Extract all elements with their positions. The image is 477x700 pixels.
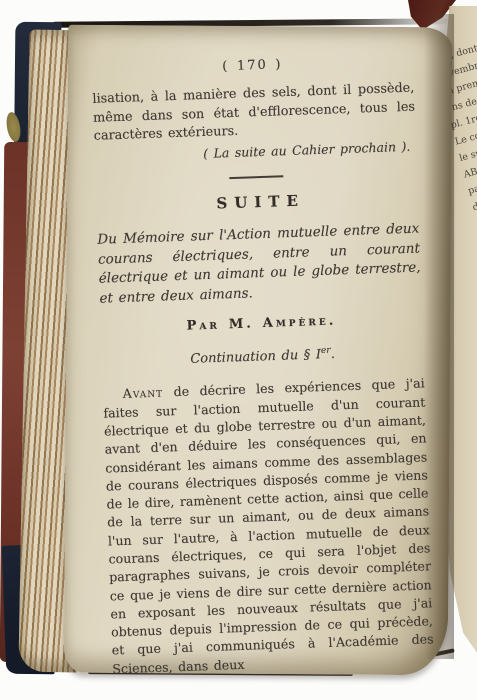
body-lead-word: Avant xyxy=(123,385,164,401)
section-heading: SUITE xyxy=(96,188,418,217)
body-paragraph: Avant de décrire les expériences que j'a… xyxy=(103,375,435,679)
memoir-subtitle: Du Mémoire sur l'Action mutuelle entre d… xyxy=(97,220,422,309)
continuation-text: Continuation du § I xyxy=(190,347,321,367)
paragraph-continuation: lisation, à la manière des sels, dont il… xyxy=(92,80,416,147)
page-text-block: ( 170 ) lisation, à la manière des sels,… xyxy=(91,53,434,679)
continuation-heading: Continuation du § Ier. xyxy=(101,342,423,370)
author-byline: Par M. Ampère. xyxy=(100,310,422,336)
continuation-superscript: er xyxy=(321,346,331,356)
page-number: ( 170 ) xyxy=(91,53,413,79)
continuation-period: . xyxy=(330,347,335,362)
body-text: de décrire les expériences que j'ai fait… xyxy=(103,376,434,677)
section-divider xyxy=(229,175,283,179)
photo-backdrop: ires, dont l'novembre.La première exons … xyxy=(0,0,477,700)
book-page: ( 170 ) lisation, à la manière des sels,… xyxy=(64,25,453,676)
